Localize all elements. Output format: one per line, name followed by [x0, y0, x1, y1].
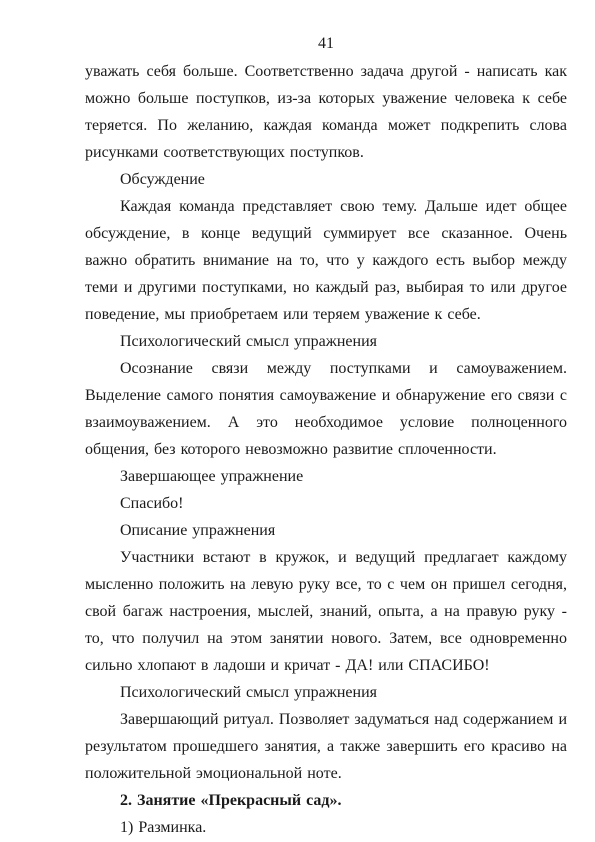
section-heading-final-exercise: Завершающее упражнение — [85, 463, 567, 490]
paragraph-discussion-body: Каждая команда представляет свою тему. Д… — [85, 193, 567, 328]
text-block: 41 уважать себя больше. Соответственно з… — [85, 30, 567, 841]
section-heading-exercise-name: Спасибо! — [85, 490, 567, 517]
paragraph-exercise-description-body: Участники встают в кружок, и ведущий пре… — [85, 544, 567, 679]
chapter-heading-lesson-2: 2. Занятие «Прекрасный сад». — [85, 787, 567, 814]
document-page: 41 уважать себя больше. Соответственно з… — [0, 0, 595, 842]
paragraph-continuation: уважать себя больше. Соответственно зада… — [85, 58, 567, 166]
section-heading-psychological-meaning-2: Психологический смысл упражнения — [85, 679, 567, 706]
section-heading-discussion: Обсуждение — [85, 166, 567, 193]
paragraph-psychological-meaning-body: Осознание связи между поступками и самоу… — [85, 355, 567, 463]
paragraph-final-ritual-body: Завершающий ритуал. Позволяет задуматься… — [85, 706, 567, 787]
section-heading-exercise-description: Описание упражнения — [85, 517, 567, 544]
section-heading-psychological-meaning: Психологический смысл упражнения — [85, 328, 567, 355]
page-number: 41 — [85, 30, 567, 57]
paragraph-warmup: 1) Разминка. — [85, 814, 567, 841]
